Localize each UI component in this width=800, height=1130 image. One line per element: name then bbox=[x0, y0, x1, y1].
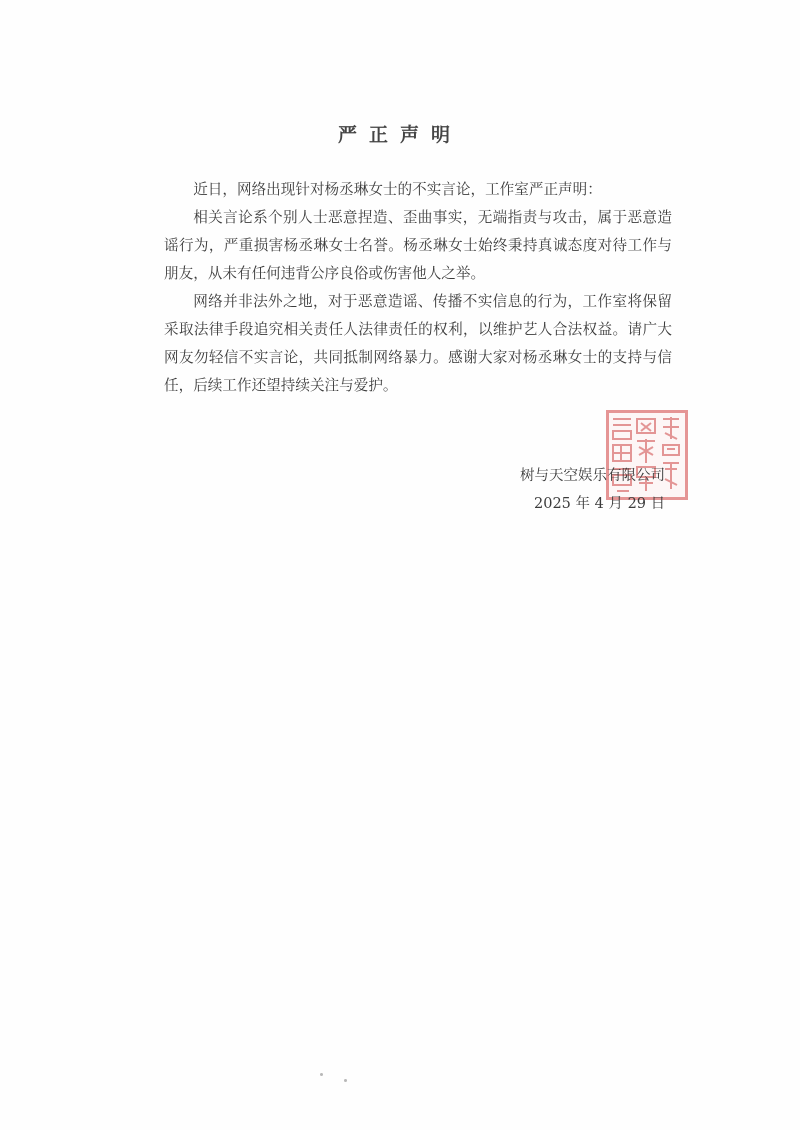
company-seal-stamp bbox=[606, 410, 688, 500]
paragraph-legal-notice: 网络并非法外之地，对于恶意造谣、传播不实信息的行为，工作室将保留采取法律手段追究… bbox=[164, 288, 672, 400]
paragraph-statement: 相关言论系个别人士恶意捏造、歪曲事实，无端指责与攻击，属于恶意造谣行为，严重损害… bbox=[164, 204, 672, 288]
document-page: 严正声明 近日，网络出现针对杨丞琳女士的不实言论，工作室严正声明： 相关言论系个… bbox=[0, 0, 800, 1130]
company-name: 树与天空娱乐有限公司 bbox=[520, 464, 665, 485]
document-title: 严正声明 bbox=[0, 120, 800, 147]
document-body: 近日，网络出现针对杨丞琳女士的不实言论，工作室严正声明： 相关言论系个别人士恶意… bbox=[164, 176, 672, 400]
statement-date: 2025 年 4 月 29 日 bbox=[534, 492, 665, 513]
paragraph-intro: 近日，网络出现针对杨丞琳女士的不实言论，工作室严正声明： bbox=[164, 176, 672, 204]
